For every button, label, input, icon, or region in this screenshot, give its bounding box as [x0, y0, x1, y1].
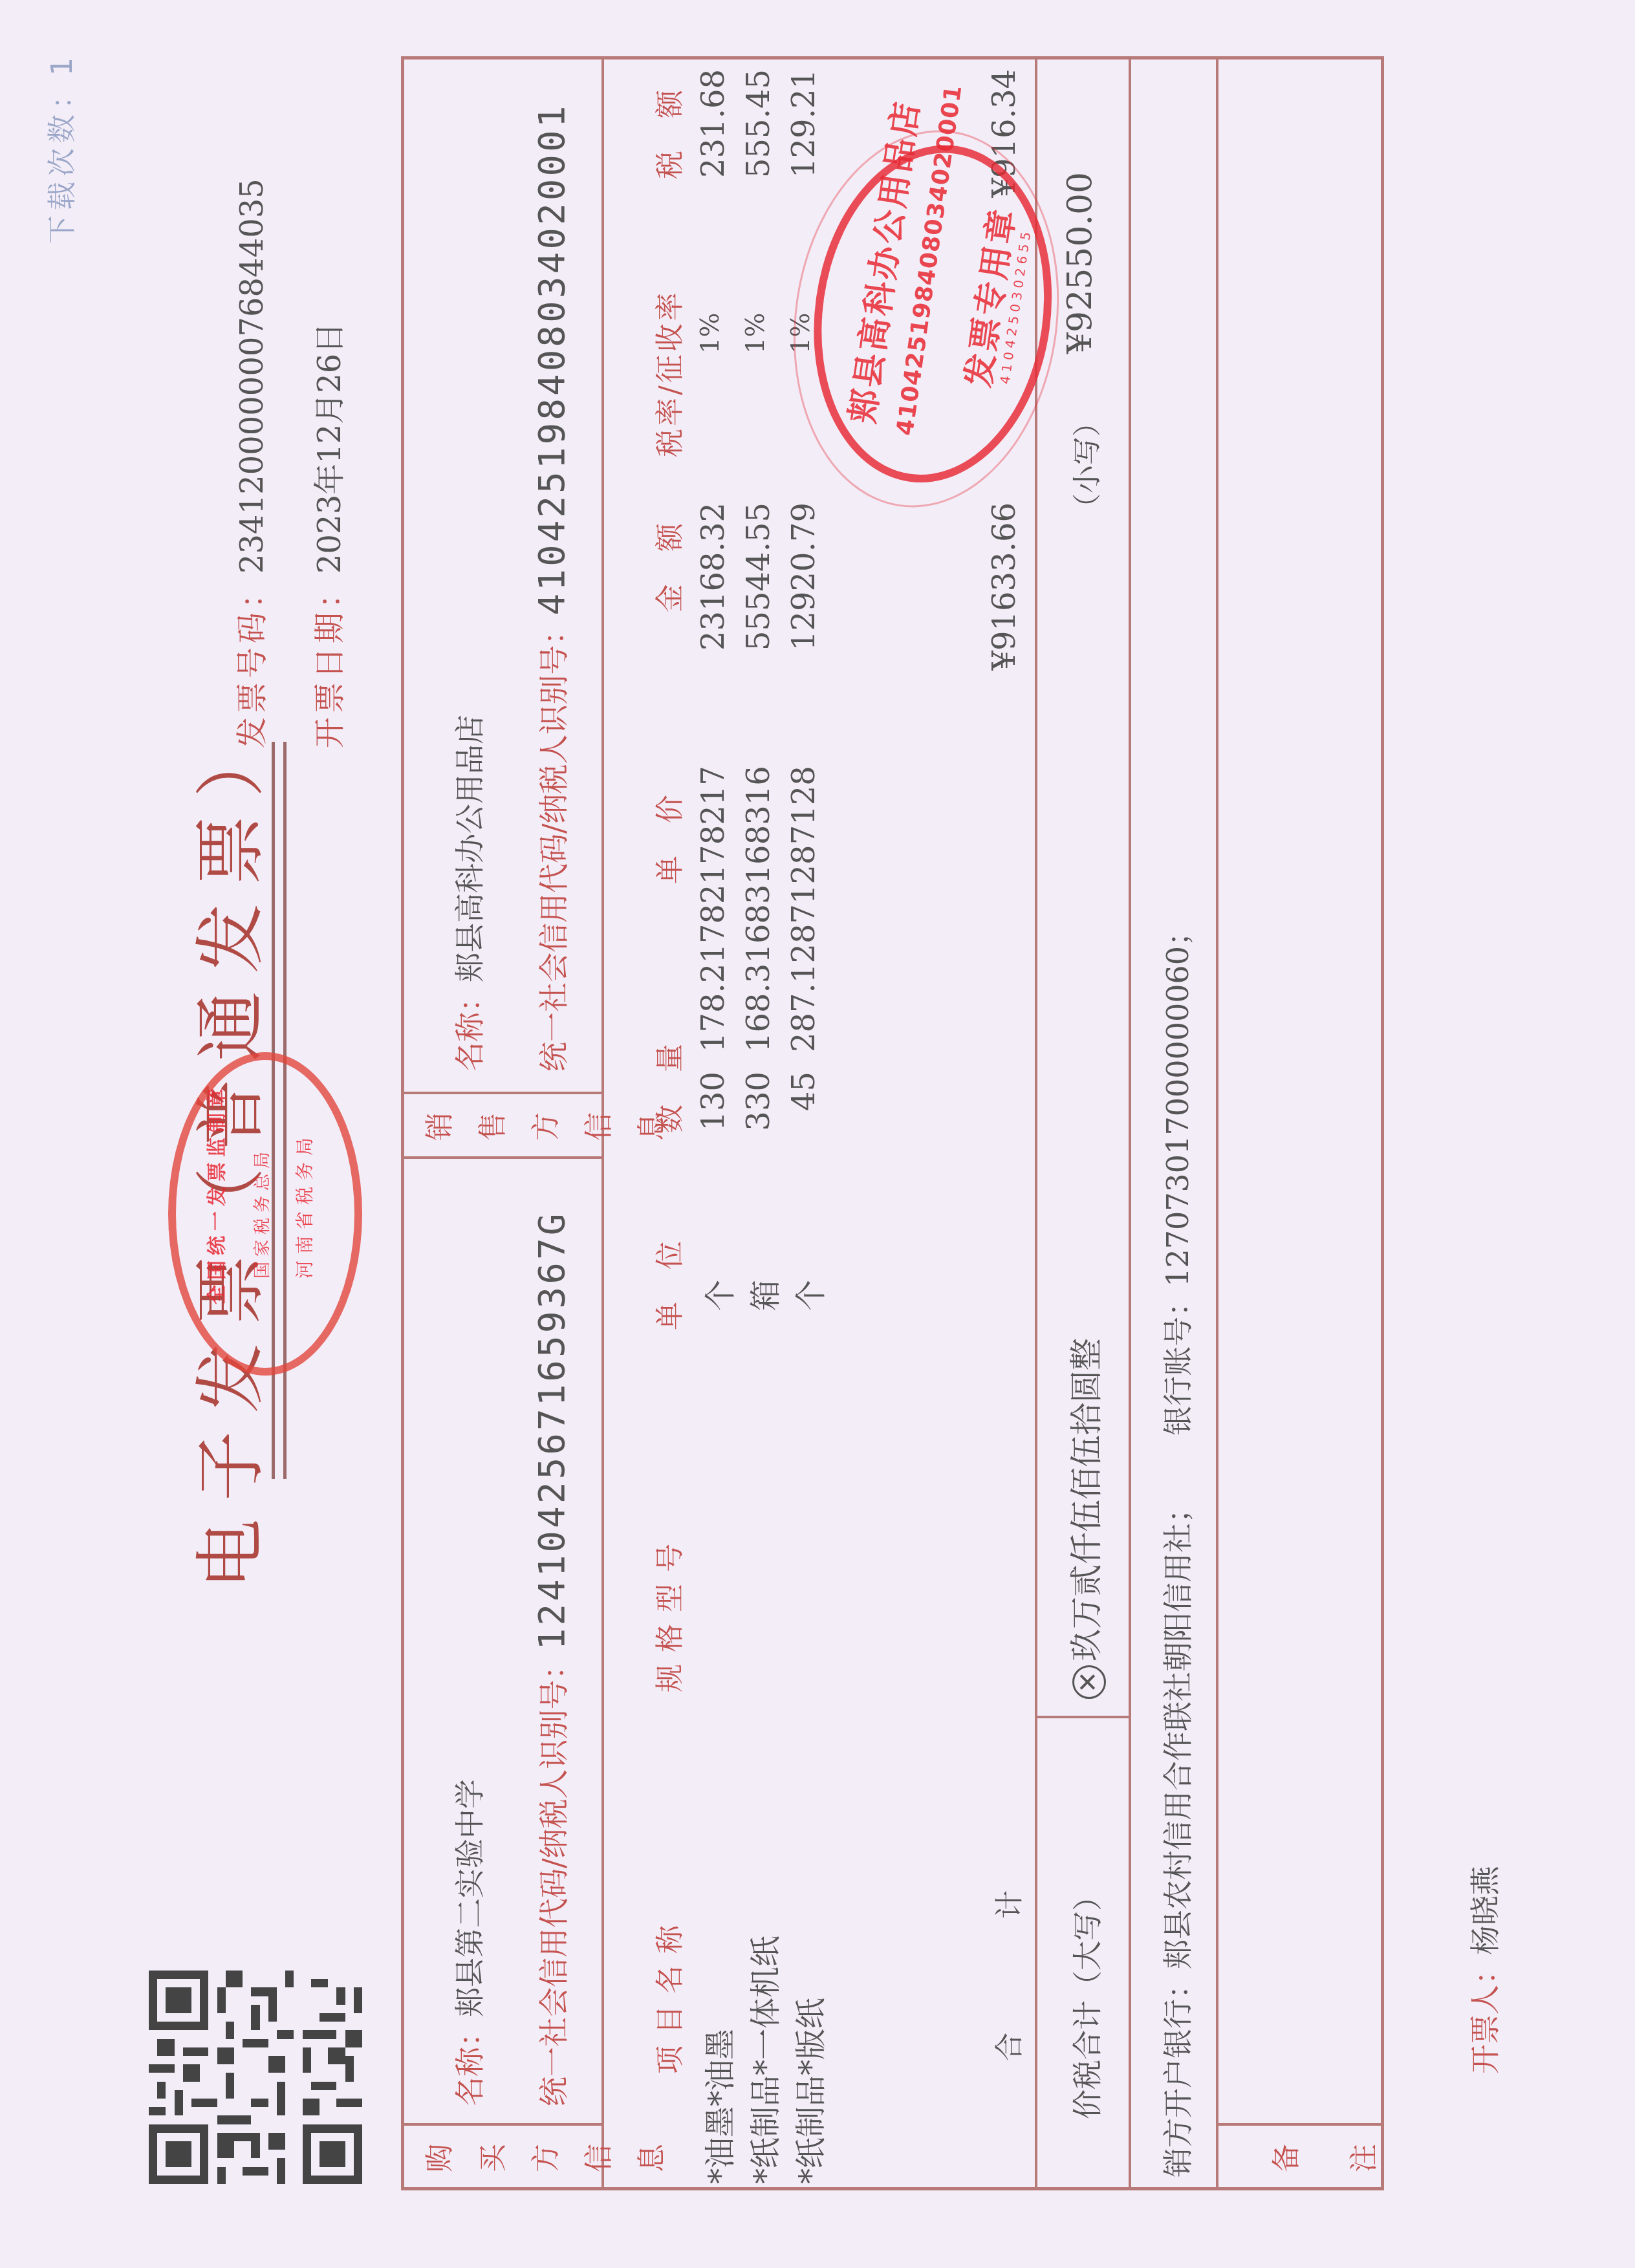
item-amount: 55544.55	[741, 502, 777, 677]
item-tax: 231.68	[695, 69, 731, 218]
download-count-label: 下载次数：	[46, 76, 79, 244]
seller-name-label: 名称：	[452, 982, 487, 1072]
issue-date-label: 开票日期：	[312, 574, 348, 748]
issuer-name: 杨晓燕	[1467, 1866, 1502, 1955]
divider	[1129, 56, 1131, 2190]
col-header-amount: 金 额	[647, 512, 688, 612]
buyer-taxid-label: 统一社会信用代码/纳税人识别号：	[536, 1650, 571, 2107]
divider	[401, 1092, 601, 1094]
item-unit-price: 178.21782178217	[695, 766, 731, 1052]
seal-middle-text: 国家税务总局	[249, 1147, 273, 1279]
seal-bottom-text: 河南省税务局	[291, 1131, 317, 1279]
item-name: *油墨*油墨	[695, 2029, 740, 2184]
seller-taxid-row: 统一社会信用代码/纳税人识别号：410425198408034020001	[530, 103, 573, 1072]
grand-total-label: 价税合计（大写）	[1064, 1881, 1107, 2119]
tax-bureau-seal: 全国统一发票监制章 国家税务总局 河南省税务局	[168, 1052, 362, 1376]
col-header-name: 项目名称	[647, 1914, 688, 2074]
buyer-name-label: 名称：	[452, 2017, 487, 2106]
account-label: 银行账号：	[1160, 1287, 1195, 1436]
item-amount: 12920.79	[786, 502, 822, 677]
item-qty: 130	[695, 1072, 731, 1169]
invoice-number-row: 发票号码：23412000000076844035	[213, 178, 291, 748]
col-header-tax: 税 额	[647, 78, 688, 179]
divider	[1216, 56, 1218, 2190]
issue-date: 2023年12月26日	[312, 323, 348, 574]
item-amount: 23168.32	[695, 502, 731, 677]
seller-name: 郏县高科办公用品店	[452, 715, 487, 982]
issuer-label: 开票人：	[1467, 1955, 1502, 2074]
buyer-section-label: 购 买 方 信 息	[414, 2139, 679, 2177]
col-header-spec: 规格型号	[647, 1532, 688, 1692]
divider	[401, 2123, 601, 2126]
buyer-taxid-row: 统一社会信用代码/纳税人识别号：12410425671659367G	[530, 1211, 573, 2106]
item-unit: 个	[786, 1280, 830, 1311]
bank-name: 郏县农村信用合作联社朝阳信用社；	[1160, 1493, 1195, 1969]
item-unit-price: 168.31683168316	[741, 766, 777, 1052]
seller-taxid-label: 统一社会信用代码/纳税人识别号：	[536, 616, 571, 1072]
divider	[1216, 2123, 1384, 2126]
item-unit-price: 287.12871287128	[786, 766, 822, 1052]
invoice-sheet: 下载次数：1 电子发票（普通发票） 全国统一发票监制章 国家税务总局 河南省税务…	[0, 0, 1635, 2268]
item-unit: 个	[695, 1280, 740, 1311]
grand-total-uppercase-row: ✕玖万贰仟伍佰伍拾圆整	[1061, 1338, 1107, 1699]
seller-name-row: 名称：郏县高科办公用品店	[446, 715, 489, 1072]
col-header-tax-rate: 税率/征收率	[647, 290, 688, 457]
buyer-name: 郏县第二实验中学	[452, 1779, 487, 2017]
remarks-section-label: 备 注	[1248, 2139, 1403, 2177]
seller-section-label: 销 售 方 信 息	[414, 1107, 679, 1146]
col-header-unit: 单 位	[647, 1229, 688, 1330]
item-name: *纸制品*版纸	[786, 1998, 830, 2184]
total-amount: ¥91633.66	[986, 502, 1023, 697]
circled-x-icon: ✕	[1072, 1665, 1106, 1699]
item-qty: 330	[741, 1072, 777, 1169]
grand-total-lowercase-label: （小写）	[1064, 408, 1105, 522]
item-name: *纸制品*一体机纸	[741, 1936, 785, 2184]
invoice-number: 23412000000076844035	[234, 178, 270, 574]
issuer-row: 开票人：杨晓燕	[1462, 1866, 1504, 2074]
item-tax-rate: 1%	[741, 313, 770, 354]
download-count: 下载次数：1	[39, 52, 80, 244]
item-tax-rate: 1%	[695, 313, 725, 354]
seal-top-text: 全国统一发票监制章	[200, 1083, 229, 1304]
col-header-qty: 数 量	[647, 1032, 688, 1133]
bank-label: 销方开户银行：	[1160, 1969, 1195, 2177]
buyer-taxid: 12410425671659367G	[531, 1211, 573, 1650]
divider	[1035, 1716, 1129, 1718]
invoice-meta: 发票号码：23412000000076844035 开票日期：2023年12月2…	[213, 178, 369, 748]
issue-date-row: 开票日期：2023年12月26日	[291, 178, 369, 748]
invoice-number-label: 发票号码：	[234, 574, 270, 748]
total-label: 合 计	[986, 1890, 1028, 2061]
item-qty: 45	[786, 1072, 822, 1169]
grand-total-uppercase: 玖万贰仟伍佰伍拾圆整	[1068, 1338, 1105, 1661]
item-unit: 箱	[741, 1280, 785, 1311]
seller-taxid: 410425198408034020001	[531, 103, 573, 615]
account-number: 127073017000000060；	[1160, 916, 1195, 1287]
buyer-name-row: 名称：郏县第二实验中学	[446, 1779, 489, 2106]
seller-invoice-seal: 郏县高科办公用品店 410425198408034020001 发票专用章 41…	[770, 104, 1092, 526]
bank-row: 销方开户银行：郏县农村信用合作联社朝阳信用社； 银行账号：12707301700…	[1154, 916, 1197, 2177]
item-tax: 555.45	[741, 69, 777, 218]
download-count-value: 1	[46, 52, 79, 76]
col-header-unit-price: 单 价	[647, 783, 688, 884]
divider	[401, 1156, 601, 1159]
qr-code-icon	[149, 1971, 362, 2184]
